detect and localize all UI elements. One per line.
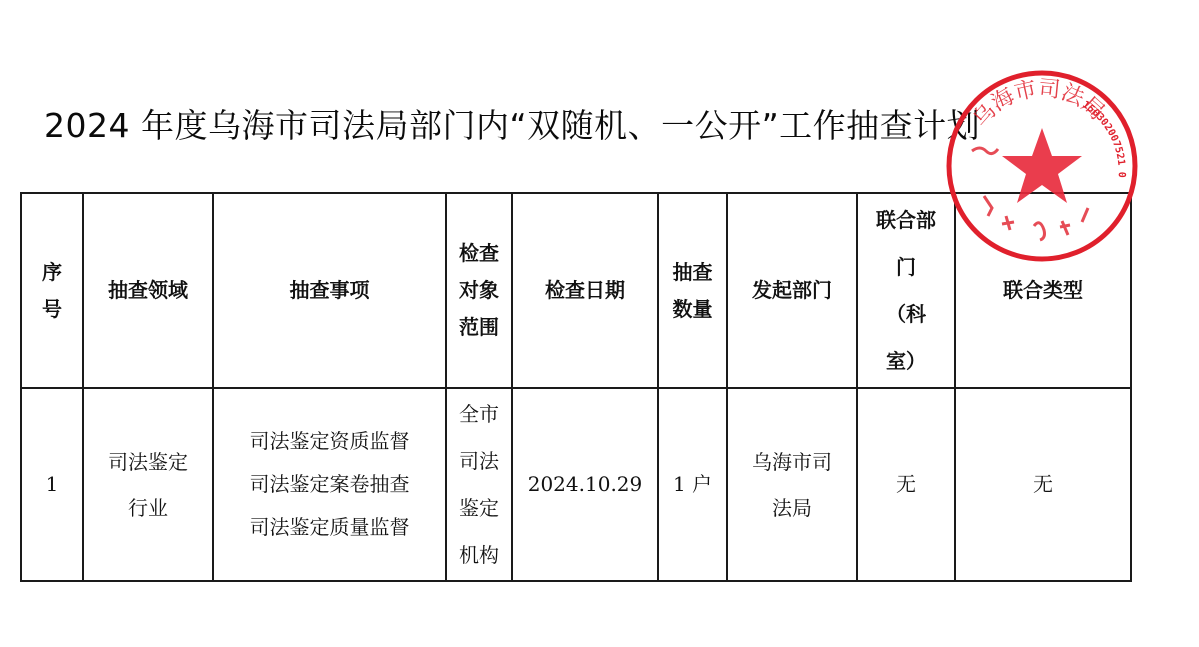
cell-initiator-line: 乌海市司 (728, 439, 856, 485)
seal-code: 150302007521 0 (1080, 99, 1127, 178)
header-initiator: 发起部门 (727, 193, 857, 388)
header-date: 检查日期 (512, 193, 658, 388)
table-row: 1 司法鉴定 行业 司法鉴定资质监督 司法鉴定案卷抽查 司法鉴定质量监督 全市 … (21, 388, 1131, 581)
document-title: 2024 年度乌海市司法局部门内“双随机、一公开”工作抽查计划 (44, 100, 980, 147)
header-scope-line: 检查 (447, 235, 511, 272)
cell-domain: 司法鉴定 行业 (83, 388, 213, 581)
seal-text: 乌海市司法局 (968, 76, 1109, 132)
cell-item-line: 司法鉴定资质监督 (214, 420, 445, 463)
cell-count: 1 户 (658, 388, 727, 581)
header-seq-line: 号 (22, 291, 82, 328)
header-scope-line: 范围 (447, 309, 511, 346)
header-seq-line: 序 (22, 254, 82, 291)
header-count: 抽查 数量 (658, 193, 727, 388)
header-joint-dept-line: 联合部 (858, 197, 954, 244)
cell-scope-line: 司法 (447, 438, 511, 485)
cell-joint-dept: 无 (857, 388, 955, 581)
header-count-line: 数量 (659, 291, 726, 328)
cell-items: 司法鉴定资质监督 司法鉴定案卷抽查 司法鉴定质量监督 (213, 388, 446, 581)
inspection-plan-table: 序 号 抽查领域 抽查事项 检查 对象 范围 检查日期 抽查 数量 发起部门 联… (20, 192, 1132, 582)
header-joint-dept-line: 门 (858, 244, 954, 291)
cell-item-line: 司法鉴定质量监督 (214, 506, 445, 549)
cell-item-line: 司法鉴定案卷抽查 (214, 463, 445, 506)
cell-initiator-line: 法局 (728, 485, 856, 531)
header-domain: 抽查领域 (83, 193, 213, 388)
cell-initiator: 乌海市司 法局 (727, 388, 857, 581)
cell-date: 2024.10.29 (512, 388, 658, 581)
header-joint-dept-line: 室） (858, 338, 954, 385)
header-scope-line: 对象 (447, 272, 511, 309)
cell-scope-line: 机构 (447, 532, 511, 579)
cell-scope: 全市 司法 鉴定 机构 (446, 388, 512, 581)
cell-scope-line: 全市 (447, 391, 511, 438)
table-header-row: 序 号 抽查领域 抽查事项 检查 对象 范围 检查日期 抽查 数量 发起部门 联… (21, 193, 1131, 388)
header-joint-dept: 联合部 门 （科 室） (857, 193, 955, 388)
header-scope: 检查 对象 范围 (446, 193, 512, 388)
header-seq: 序 号 (21, 193, 83, 388)
cell-seq: 1 (21, 388, 83, 581)
header-items: 抽查事项 (213, 193, 446, 388)
cell-domain-line: 司法鉴定 (84, 439, 212, 485)
header-count-line: 抽查 (659, 254, 726, 291)
cell-scope-line: 鉴定 (447, 485, 511, 532)
cell-domain-line: 行业 (84, 485, 212, 531)
header-joint-type: 联合类型 (955, 193, 1131, 388)
header-joint-dept-line: （科 (858, 291, 954, 338)
cell-joint-type: 无 (955, 388, 1131, 581)
